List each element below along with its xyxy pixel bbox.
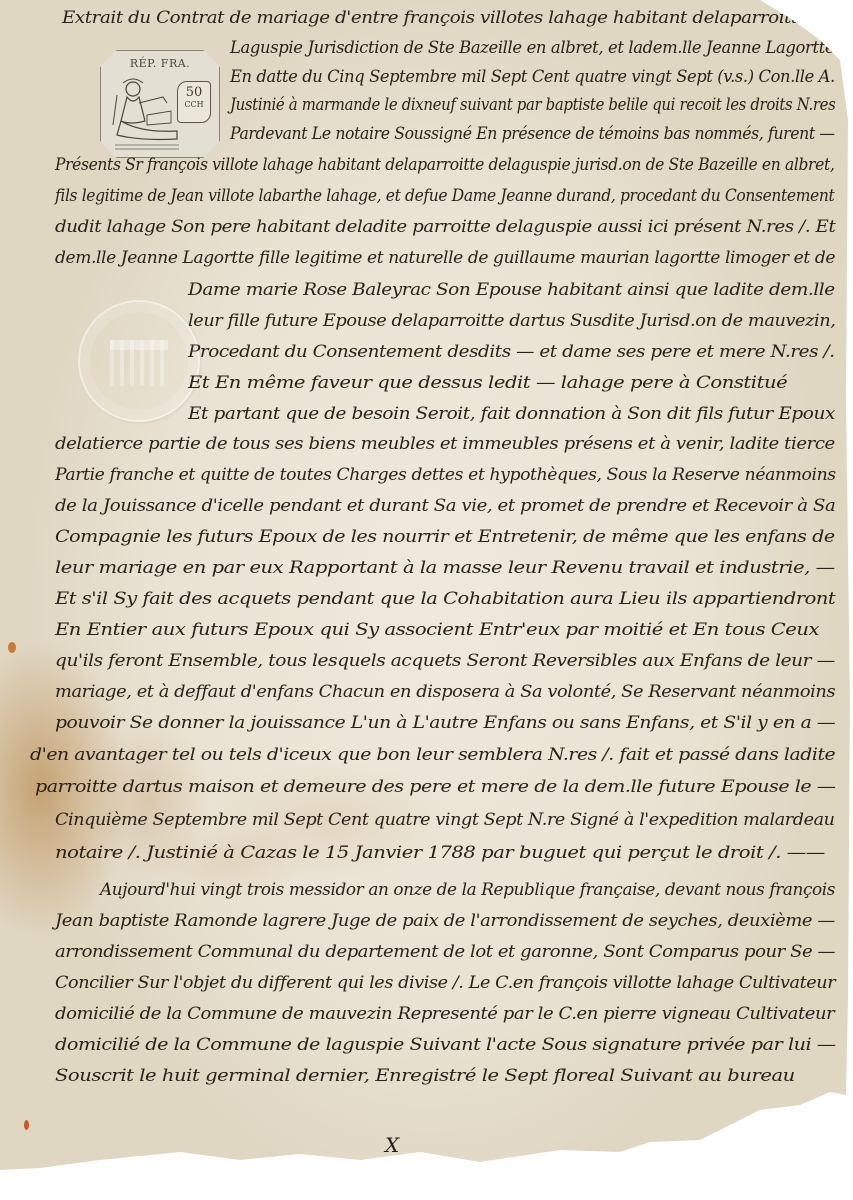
- manuscript-line: delatierce partie de tous ses biens meub…: [55, 434, 835, 454]
- manuscript-line: domicilié de la Commune de mauvezin Repr…: [55, 1004, 834, 1024]
- manuscript-line: Et En même faveur que dessus ledit — lah…: [188, 373, 787, 393]
- manuscript-line: mariage, et à deffaut d'enfans Chacun en…: [55, 682, 835, 702]
- manuscript-line: En datte du Cinq Septembre mil Sept Cent…: [230, 67, 835, 87]
- footer-mark: X: [385, 1133, 399, 1157]
- manuscript-line: fils legitime de Jean villote labarthe l…: [55, 186, 834, 206]
- manuscript-line: Laguspie Jurisdiction de Ste Bazeille en…: [230, 38, 834, 58]
- manuscript-line: Extrait du Contrat de mariage d'entre fr…: [62, 8, 835, 28]
- manuscript-line: dem.lle Jeanne Lagortte fille legitime e…: [55, 248, 835, 268]
- stamp-header: RÉP. FRA.: [101, 57, 219, 70]
- manuscript-line: d'en avantager tel ou tels d'iceux que b…: [30, 745, 835, 765]
- manuscript-line: Dame marie Rose Baleyrac Son Epouse habi…: [188, 280, 835, 300]
- seal-building-icon: [110, 340, 168, 386]
- manuscript-line: Compagnie les futurs Epoux de les nourri…: [55, 527, 835, 547]
- manuscript-line: Pardevant Le notaire Soussigné En présen…: [230, 124, 835, 144]
- manuscript-line: arrondissement Communal du departement d…: [55, 942, 835, 962]
- manuscript-page: RÉP. FRA. 50 CCH Extrait du Contrat de m…: [0, 0, 853, 1200]
- manuscript-line: Procedant du Consentement desdits — et d…: [188, 342, 835, 362]
- manuscript-line: Concilier Sur l'objet du different qui l…: [55, 973, 835, 993]
- manuscript-line: Souscrit le huit germinal dernier, Enreg…: [55, 1066, 795, 1086]
- stamp-unit: CCH: [178, 100, 210, 109]
- manuscript-line: Présents Sr françois villote lahage habi…: [55, 155, 834, 175]
- manuscript-line: notaire /. Justinié à Cazas le 15 Janvie…: [55, 843, 825, 863]
- seated-allegorical-figure-icon: [111, 75, 181, 155]
- stamp-value-box: 50 CCH: [177, 81, 211, 123]
- manuscript-line: domicilié de la Commune de laguspie Suiv…: [55, 1035, 836, 1055]
- manuscript-line: pouvoir Se donner la jouissance L'un à L…: [55, 713, 835, 733]
- manuscript-line: de la Jouissance d'icelle pendant et dur…: [55, 496, 835, 516]
- manuscript-line: leur mariage en par eux Rapportant à la …: [55, 558, 835, 578]
- manuscript-line: Et partant que de besoin Seroit, fait do…: [188, 404, 835, 424]
- manuscript-line: Et s'il Sy fait des acquets pendant que …: [55, 589, 835, 609]
- ink-spot: [8, 642, 16, 653]
- stamp-value: 50: [178, 85, 210, 100]
- manuscript-line: Justinié à marmande le dixneuf suivant p…: [230, 95, 835, 115]
- manuscript-line: En Entier aux futurs Epoux qui Sy associ…: [55, 620, 819, 640]
- embossed-dry-seal-icon: [78, 300, 200, 422]
- manuscript-line: qu'ils feront Ensemble, tous lesquels ac…: [55, 651, 835, 671]
- manuscript-line: Cinquième Septembre mil Sept Cent quatre…: [55, 810, 835, 830]
- ink-spot: [24, 1120, 29, 1130]
- manuscript-line: Jean baptiste Ramonde lagrere Juge de pa…: [55, 911, 835, 931]
- manuscript-line: parroitte dartus maison et demeure des p…: [35, 777, 836, 797]
- manuscript-line: dudit lahage Son pere habitant deladite …: [55, 217, 835, 237]
- manuscript-line: Aujourd'hui vingt trois messidor an onze…: [100, 880, 835, 900]
- revenue-stamp: RÉP. FRA. 50 CCH: [100, 50, 220, 158]
- manuscript-line: Partie franche et quitte de toutes Charg…: [55, 465, 836, 485]
- manuscript-line: leur fille future Epouse delaparroitte d…: [188, 311, 835, 331]
